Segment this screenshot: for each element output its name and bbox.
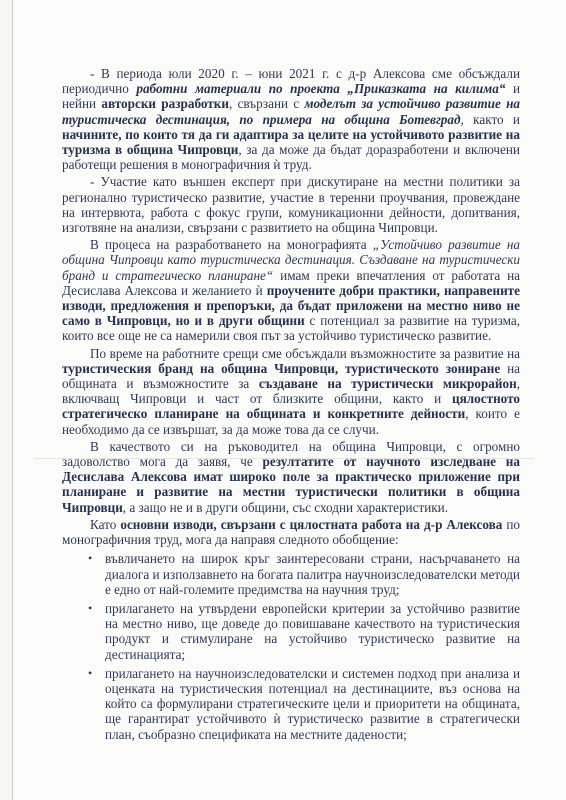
text-run: въвличането на широк кръг заинтересовани… — [105, 551, 520, 596]
text-run: авторски разработки — [101, 96, 229, 111]
document-body: - В периода юли 2020 г. – юни 2021 г. с … — [62, 66, 520, 742]
paragraph: В качеството си на ръководител на община… — [62, 439, 520, 515]
bullet-icon: • — [88, 601, 92, 616]
text-run: прилагането на научноизследователски и с… — [105, 666, 520, 742]
bullet-item: •прилагането на утвърдени европейски кри… — [62, 601, 520, 662]
paragraph: В процеса на разработването на монографи… — [62, 237, 520, 343]
bullet-icon: • — [88, 551, 92, 566]
text-run: В процеса на разработването на монографи… — [90, 237, 373, 252]
text-run: създаване на туристически микрорайон — [259, 376, 517, 391]
text-run: Като — [90, 517, 120, 532]
text-run: туристическия бранд на община Чипровци, … — [62, 361, 500, 376]
text-run: прилагането на утвърдени европейски крит… — [105, 601, 520, 662]
paragraph: - Участие като външен експерт при дискут… — [62, 174, 520, 235]
text-run: По време на работните срещи сме обсъждал… — [90, 346, 520, 361]
text-run: - Участие като външен експерт при дискут… — [62, 174, 520, 235]
paragraph: - В периода юли 2020 г. – юни 2021 г. с … — [62, 66, 520, 172]
bullet-item: •прилагането на научноизследователски и … — [62, 666, 520, 742]
paragraph: Като основни изводи, свързани с цялостна… — [62, 517, 520, 547]
bullet-icon: • — [88, 666, 92, 681]
text-run: основни изводи, свързани с цялостната ра… — [120, 517, 502, 532]
text-run: работни материали по проекта „Приказката… — [136, 81, 505, 96]
paragraph: По време на работните срещи сме обсъждал… — [62, 346, 520, 437]
scan-left-margin — [0, 0, 12, 800]
text-run: , а защо не и в други общини, със сходни… — [123, 500, 448, 515]
text-run: , свързани с — [229, 96, 304, 111]
scan-edge-line — [12, 0, 13, 800]
text-run: , както и — [461, 112, 520, 127]
bullet-item: •въвличането на широк кръг заинтересован… — [62, 551, 520, 597]
